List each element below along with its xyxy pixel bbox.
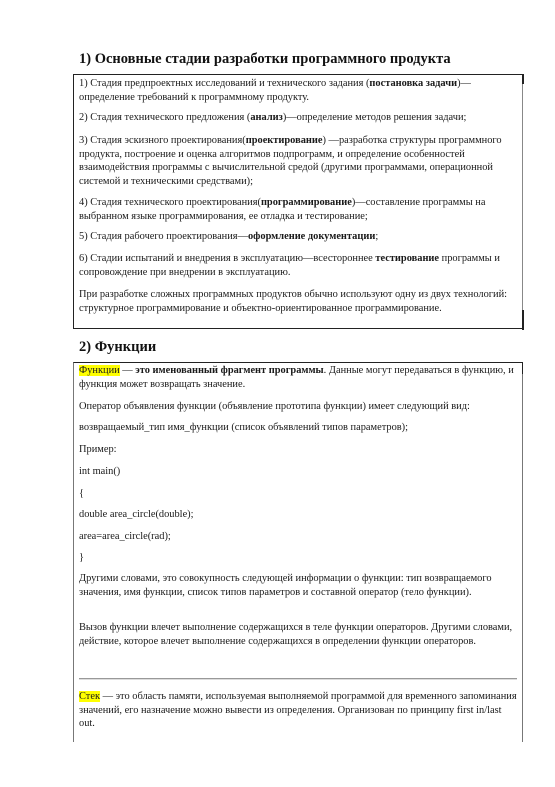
code-line: area=area_circle(rad); <box>79 530 519 544</box>
stage-item: 6) Стадии испытаний и внедрения в эксплу… <box>79 252 519 279</box>
code-line: int main() <box>79 465 519 479</box>
horizontal-rule <box>79 678 517 679</box>
highlighted-term: Функции <box>79 365 120 376</box>
stack-definition: Стек — это область памяти, используемая … <box>79 690 519 731</box>
code-line: double area_circle(double); <box>79 508 519 522</box>
code-line: } <box>79 551 519 565</box>
declaration-syntax: возвращаемый_тип имя_функции (список объ… <box>79 421 519 435</box>
highlighted-term: Стек <box>79 691 100 702</box>
stage-item: 5) Стадия рабочего проектирования—оформл… <box>79 230 519 244</box>
stage-item: 2) Стадия технического предложения (анал… <box>79 111 519 125</box>
stage-item: 4) Стадия технического проектирования(пр… <box>79 196 519 223</box>
stage-item: 3) Стадия эскизного проектирования(проек… <box>79 134 519 188</box>
function-definition: Функции — это именованный фрагмент прогр… <box>79 364 519 391</box>
code-line: { <box>79 487 519 501</box>
example-label: Пример: <box>79 443 519 457</box>
stage-item: 1) Стадия предпроектных исследований и т… <box>79 77 519 104</box>
stages-closing: При разработке сложных программных проду… <box>79 288 519 315</box>
section2-heading: 2) Функции <box>79 339 156 356</box>
function-explanation: Другими словами, это совокупность следую… <box>79 572 519 599</box>
function-call: Вызов функции влечет выполнение содержащ… <box>79 621 519 648</box>
section1-heading: 1) Основные стадии разработки программно… <box>79 51 451 68</box>
declaration-intro: Оператор объявления функции (объявление … <box>79 400 519 414</box>
